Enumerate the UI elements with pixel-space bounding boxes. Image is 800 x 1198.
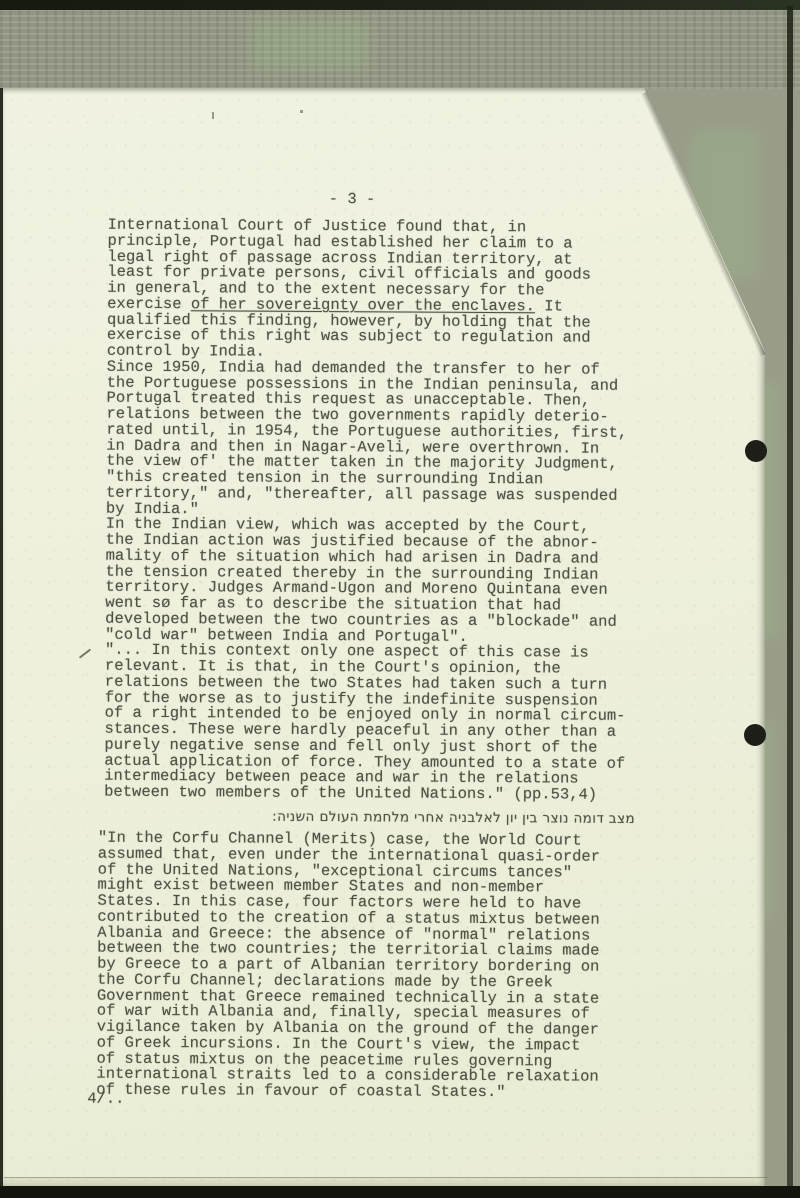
hole-punch-dot [744,724,766,746]
text-line: between two members of the United Nation… [104,785,625,804]
scanned-document-page: - 3 - International Court of Justice fou… [0,0,800,1198]
page-number: - 3 - [329,192,376,208]
hebrew-annotation: מצב דומה נוצר בין יון לאלבניה אחרי מלחמת… [195,809,635,827]
hole-punch-dot [745,440,767,462]
scan-speck [212,112,214,119]
page-continuation-mark: 4/.. [87,1092,124,1108]
scan-right-border [787,6,793,1198]
typewritten-text-layer: - 3 - International Court of Justice fou… [0,0,800,1198]
body-text-block: International Court of Justice found tha… [104,218,628,804]
pencil-check-mark [79,648,91,658]
scan-bottom-border [0,1186,800,1198]
quotation-text-block: "In the Corfu Channel (Merits) case, the… [96,831,600,1102]
scan-speck [300,110,303,113]
text-line: of these rules in favour of coastal Stat… [96,1083,598,1102]
